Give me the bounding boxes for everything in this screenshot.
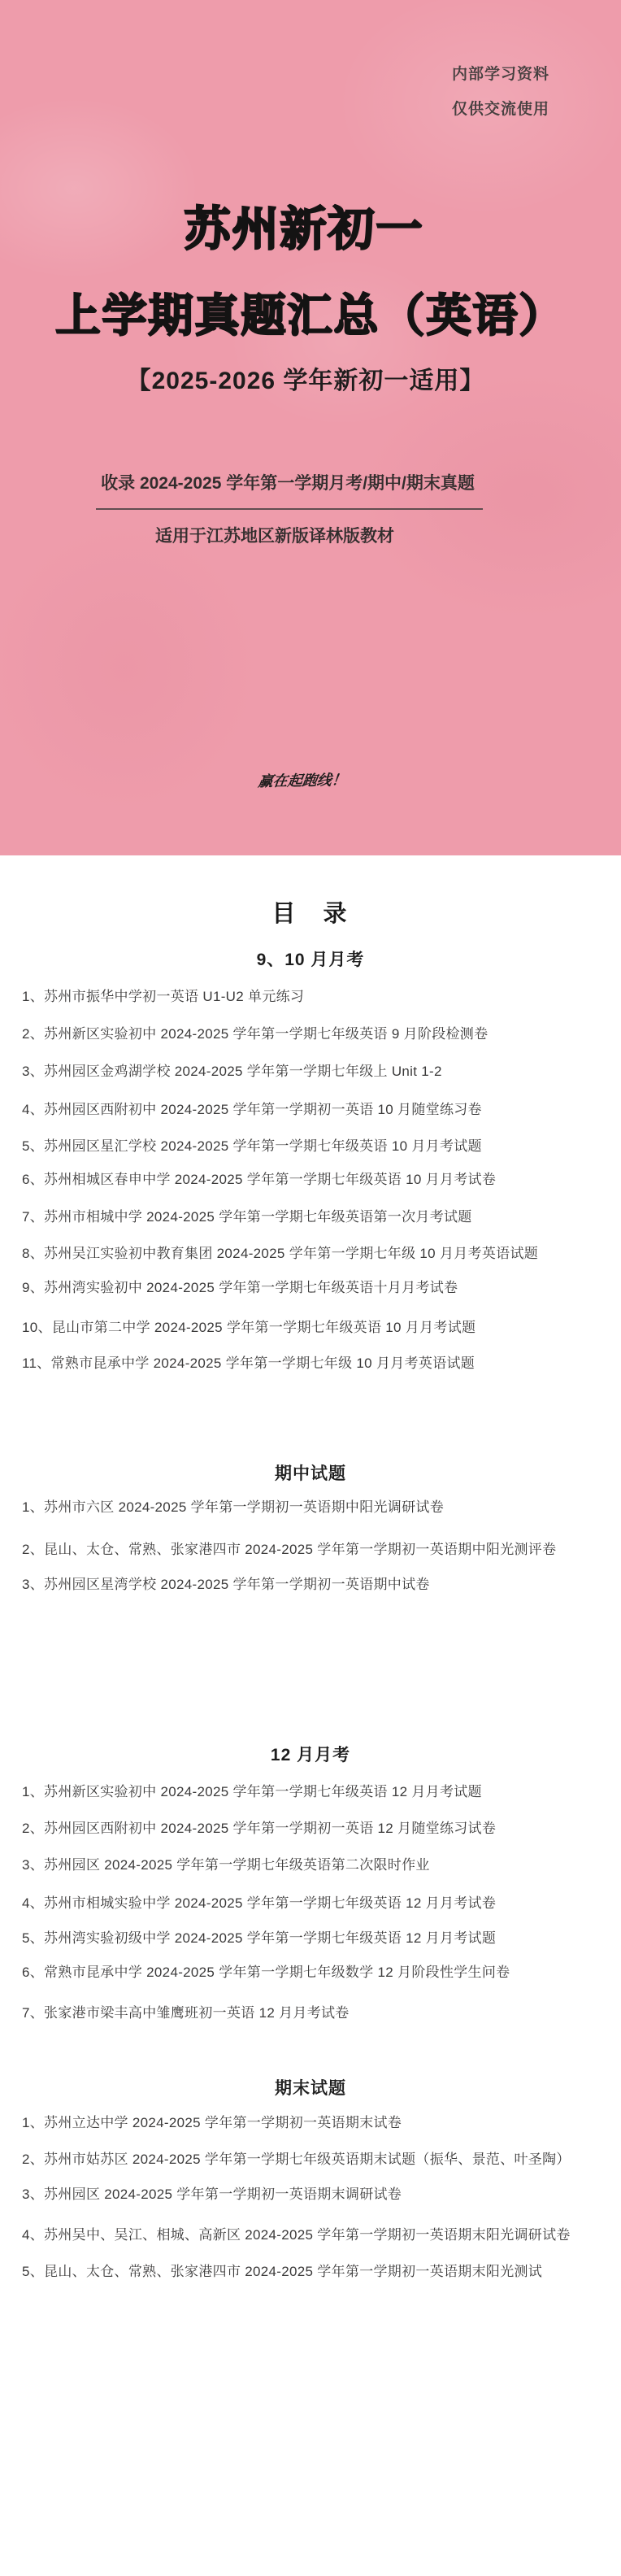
toc-item: 9、苏州湾实验初中 2024-2025 学年第一学期七年级英语十月月考试卷 <box>22 1276 607 1296</box>
toc-section-header-monthly-12: 12 月月考 <box>0 1742 621 1766</box>
toc-item: 7、张家港市梁丰高中雏鹰班初一英语 12 月月考试卷 <box>22 2001 607 2021</box>
cover-title-line2: 上学期真题汇总（英语） <box>0 280 621 344</box>
toc-item: 2、苏州新区实验初中 2024-2025 学年第一学期七年级英语 9 月阶段检测… <box>22 1022 607 1042</box>
toc-item: 5、苏州湾实验初级中学 2024-2025 学年第一学期七年级英语 12 月月考… <box>22 1926 607 1947</box>
toc-item: 1、苏州新区实验初中 2024-2025 学年第一学期七年级英语 12 月月考试… <box>22 1780 607 1800</box>
toc-section-header-final: 期末试题 <box>0 2075 621 2100</box>
toc-item: 2、昆山、太仓、常熟、张家港四市 2024-2025 学年第一学期初一英语期中阳… <box>22 1538 607 1558</box>
toc-item: 10、昆山市第二中学 2024-2025 学年第一学期七年级英语 10 月月考试… <box>22 1316 607 1336</box>
toc-item: 3、苏州园区 2024-2025 学年第一学期初一英语期末调研试卷 <box>22 2182 607 2203</box>
toc-item: 4、苏州园区西附初中 2024-2025 学年第一学期初一英语 10 月随堂练习… <box>22 1098 607 1118</box>
cover-section: 内部学习资料 仅供交流使用 苏州新初一 上学期真题汇总（英语） 【2025-20… <box>0 0 621 855</box>
toc-item: 8、苏州吴江实验初中教育集团 2024-2025 学年第一学期七年级 10 月月… <box>22 1242 607 1262</box>
cover-subtitle: 【2025-2026 学年新初一适用】 <box>0 360 616 396</box>
cover-title-line1: 苏州新初一 <box>0 192 614 259</box>
corner-note-line2: 仅供交流使用 <box>452 97 598 119</box>
toc-item: 11、常熟市昆承中学 2024-2025 学年第一学期七年级 10 月月考英语试… <box>22 1351 607 1372</box>
toc-item: 2、苏州园区西附初中 2024-2025 学年第一学期初一英语 12 月随堂练习… <box>22 1817 607 1837</box>
document-page: 内部学习资料 仅供交流使用 苏州新初一 上学期真题汇总（英语） 【2025-20… <box>0 0 621 2576</box>
toc-item: 5、昆山、太仓、常熟、张家港四市 2024-2025 学年第一学期初一英语期末阳… <box>22 2260 607 2280</box>
toc-item: 1、苏州市六区 2024-2025 学年第一学期初一英语期中阳光调研试卷 <box>22 1495 607 1516</box>
toc-item: 5、苏州园区星汇学校 2024-2025 学年第一学期七年级英语 10 月月考试… <box>22 1134 607 1155</box>
cover-meta-line2: 适用于江苏地区新版译林版教材 <box>0 523 585 547</box>
cover-meta-line1: 收录 2024-2025 学年第一学期月考/期中/期末真题 <box>0 470 598 494</box>
toc-section-header-midterm: 期中试题 <box>0 1460 621 1485</box>
toc-item: 3、苏州园区金鸡湖学校 2024-2025 学年第一学期七年级上 Unit 1-… <box>22 1060 607 1080</box>
corner-note-line1: 内部学习资料 <box>452 62 598 84</box>
toc-item: 6、常熟市昆承中学 2024-2025 学年第一学期七年级数学 12 月阶段性学… <box>22 1960 607 1981</box>
toc-title: 目 录 <box>0 895 621 929</box>
toc-item: 3、苏州园区星湾学校 2024-2025 学年第一学期初一英语期中试卷 <box>22 1573 607 1593</box>
toc-item: 4、苏州吴中、吴江、相城、高新区 2024-2025 学年第一学期初一英语期末阳… <box>22 2223 607 2243</box>
toc-item: 1、苏州市振华中学初一英语 U1-U2 单元练习 <box>22 985 607 1005</box>
toc-item: 4、苏州市相城实验中学 2024-2025 学年第一学期七年级英语 12 月月考… <box>22 1891 607 1912</box>
toc-item: 1、苏州立达中学 2024-2025 学年第一学期初一英语期末试卷 <box>22 2111 607 2131</box>
toc-item: 2、苏州市姑苏区 2024-2025 学年第一学期七年级英语期末试题（振华、景范… <box>22 2147 607 2168</box>
toc-item: 3、苏州园区 2024-2025 学年第一学期七年级英语第二次限时作业 <box>22 1853 607 1873</box>
cover-slogan: 赢在起跑线！ <box>0 764 614 795</box>
cover-divider-line <box>96 508 483 510</box>
toc-section-header-monthly-9-10: 9、10 月月考 <box>0 946 621 971</box>
toc-item: 6、苏州相城区春申中学 2024-2025 学年第一学期七年级英语 10 月月考… <box>22 1168 607 1188</box>
toc-item: 7、苏州市相城中学 2024-2025 学年第一学期七年级英语第一次月考试题 <box>22 1205 607 1225</box>
